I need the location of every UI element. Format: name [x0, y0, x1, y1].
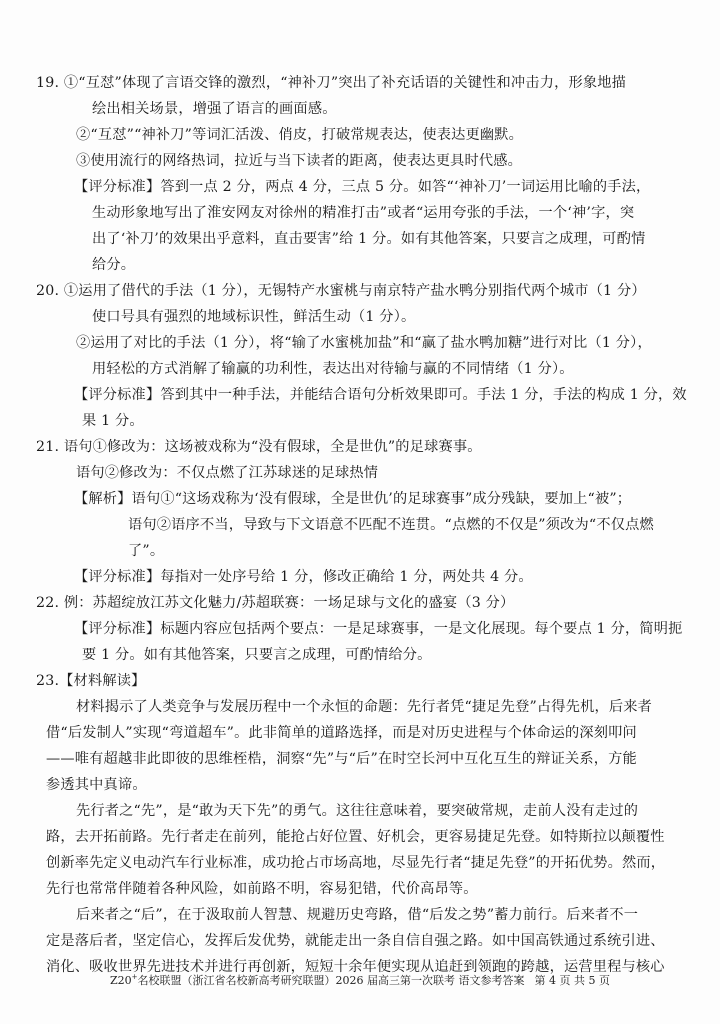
text-line: 路，去开拓前路。先行者走在前列，能抢占好位置、好机会，更容易捷足先登。如特斯拉以… — [46, 828, 665, 847]
text-line: 【解析】语句①“这场戏称为‘没有假球，全是世仇’的足球赛事”成分残缺，要加上“被… — [74, 490, 631, 509]
text-line: 21. 语句①修改为：这场被戏称为“没有假球，全是世仇”的足球赛事。 — [36, 438, 482, 457]
text-line: 【评分标准】答到一点 2 分，两点 4 分，三点 5 分。如答“‘神补刀’一词运… — [74, 178, 650, 197]
text-line: 23.【材料解读】 — [36, 672, 146, 691]
text-line: 用轻松的方式消解了输赢的功利性，表达出对待输与赢的不同情绪（1 分）。 — [92, 360, 574, 379]
text-line: 绘出相关场景，增强了语言的画面感。 — [92, 100, 337, 119]
text-line: 19. ①“互怼”体现了言语交锋的激烈，“神补刀”突出了补充话语的关键性和冲击力… — [36, 74, 626, 93]
text-line: 生动形象地写出了淮安网友对徐州的精准打击”或者“运用夸张的手法，一个‘神’字，突 — [92, 204, 634, 223]
text-line: ②“互怼”“神补刀”等词汇活泼、俏皮，打破常规表达，使表达更幽默。 — [76, 126, 523, 145]
page-footer: Z20+名校联盟（浙江省名校新高考研究联盟）2026 届高三第一次联考 语文参考… — [0, 970, 720, 988]
text-line: 20. ①运用了借代的手法（1 分），无锡特产水蜜桃与南京特产盐水鸭分别指代两个… — [36, 282, 646, 301]
text-line: 先行者之“先”，是“敢为天下先”的勇气。这往往意味着，要突破常规，走前人没有走过… — [76, 802, 638, 821]
text-line: 出了‘补刀’的效果出乎意料，直击要害”给 1 分。如有其他答案，只要言之成理，可… — [92, 230, 645, 249]
text-line: 材料揭示了人类竞争与发展历程中一个永恒的命题：先行者凭“捷足先登”占得先机，后来… — [76, 698, 652, 717]
footer-page-info: 第 4 页 共 5 页 — [535, 974, 610, 987]
text-line: 【评分标准】答到其中一种手法，并能结合语句分析效果即可。手法 1 分，手法的构成… — [74, 386, 687, 405]
text-line: ②运用了对比的手法（1 分），将“输了水蜜桃加盐”和“赢了盐水鸭加糖”进行对比（… — [76, 334, 652, 353]
text-line: 要 1 分。如有其他答案，只要言之成理，可酌情给分。 — [82, 646, 432, 665]
text-line: 了”。 — [128, 542, 164, 561]
text-line: 果 1 分。 — [82, 412, 144, 431]
text-line: 借“后发制人”实现“弯道超车”。此非简单的道路选择，而是对历史进程与个体命运的深… — [46, 724, 637, 743]
text-line: 语句②语序不当，导致与下文语意不匹配不连贯。“点燃的不仅是”须改为“不仅点燃 — [128, 516, 654, 535]
text-line: 后来者之“后”，在于汲取前人智慧、规避历史弯路，借“后发之势”蓄力前行。后来者不… — [76, 906, 638, 925]
footer-org: 名校联盟（浙江省名校新高考研究联盟）2026 届高三第一次联考 语文参考答案 — [138, 974, 525, 987]
text-line: 先行也常常伴随着各种风险，如前路不明，容易犯错，代价高昂等。 — [46, 880, 478, 899]
footer-brand: Z20 — [110, 974, 132, 987]
text-line: 【评分标准】标题内容应包括两个要点：一是足球赛事，一是文化展现。每个要点 1 分… — [74, 620, 683, 639]
text-line: ③使用流行的网络热词，拉近与当下读者的距离，使表达更具时代感。 — [76, 152, 522, 171]
text-line: 创新率先定义电动汽车行业标准，成功抢占市场高地，尽显先行者“捷足先登”的开拓优势… — [46, 854, 665, 873]
text-line: 定是落后者，坚定信心，发挥后发优势，就能走出一条自信自强之路。如中国高铁通过系统… — [46, 932, 665, 951]
text-line: 使口号具有强烈的地域标识性，鲜活生动（1 分）。 — [92, 308, 415, 327]
text-line: 参透其中真谛。 — [46, 776, 147, 795]
text-line: 语句②修改为：不仅点燃了江苏球迷的足球热情 — [76, 464, 378, 483]
text-line: ——唯有超越非此即彼的思维桎梏，洞察“先”与“后”在时空长河中互化互生的辩证关系… — [46, 750, 637, 769]
text-line: 给分。 — [92, 256, 135, 275]
text-line: 22. 例：苏超绽放江苏文化魅力/苏超联赛：一场足球与文化的盛宴（3 分） — [36, 594, 514, 613]
document-page: 19. ①“互怼”体现了言语交锋的激烈，“神补刀”突出了补充话语的关键性和冲击力… — [0, 0, 720, 1024]
text-line: 【评分标准】每指对一处序号给 1 分，修改正确给 1 分，两处共 4 分。 — [74, 568, 533, 587]
